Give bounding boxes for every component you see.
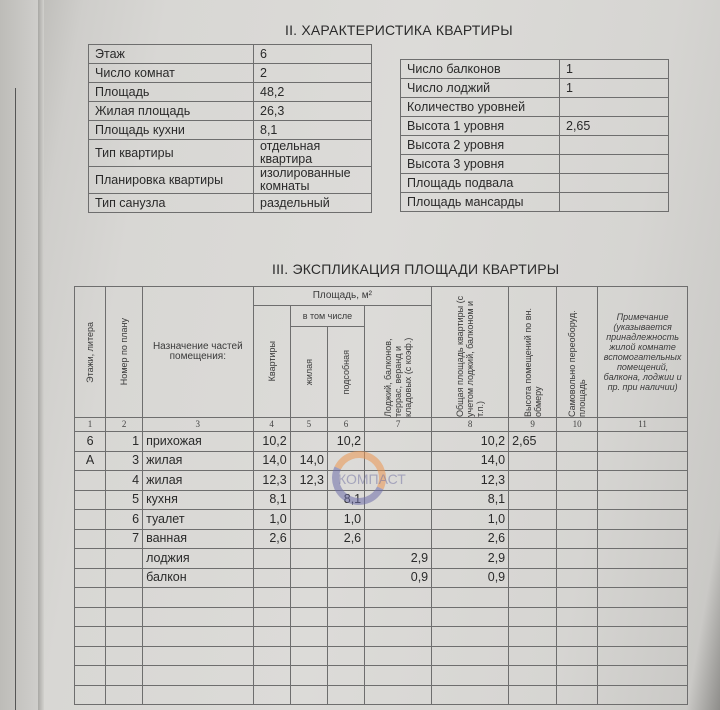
characteristic-row: Тип квартирыотдельная квартира: [89, 140, 372, 167]
cell-no: 5: [106, 490, 143, 510]
characteristic-row: Площадь кухни8,1: [89, 121, 372, 140]
cell-auxiliary: [327, 646, 364, 666]
table-row: 6туалет1,01,01,0: [75, 510, 688, 530]
row-value: 6: [254, 45, 372, 64]
cell-note: [598, 588, 688, 608]
cell-height: [509, 568, 557, 588]
header-auxiliary: подсобная: [327, 327, 364, 418]
cell-total: 2,9: [432, 549, 509, 569]
header-living: жилая: [290, 327, 327, 418]
cell-floor: 6: [75, 432, 106, 452]
header-loggias: Лоджий, балконов, террас, веранд и кладо…: [365, 306, 432, 418]
cell-name: ванная: [143, 529, 253, 549]
characteristic-row: Этаж6: [89, 45, 372, 64]
cell-no: [106, 588, 143, 608]
row-label: Этаж: [89, 45, 254, 64]
row-label: Жилая площадь: [89, 102, 254, 121]
cell-floor: [75, 510, 106, 530]
cell-floor: [75, 529, 106, 549]
cell-living: [290, 568, 327, 588]
level-row: Высота 3 уровня: [401, 155, 669, 174]
cell-living: 12,3: [290, 471, 327, 491]
cell-no: [106, 685, 143, 705]
area-explication-table: Этажи, литера Номер по плану Назначение …: [74, 286, 688, 705]
column-number: 3: [143, 418, 253, 432]
table-row: 5кухня8,18,18,1: [75, 490, 688, 510]
cell-floor: [75, 666, 106, 686]
cell-name: [143, 646, 253, 666]
row-value: 48,2: [254, 83, 372, 102]
cell-height: [509, 471, 557, 491]
cell-living: [290, 510, 327, 530]
table-row: А3жилая14,014,014,0: [75, 451, 688, 471]
cell-note: [598, 451, 688, 471]
cell-floor: [75, 646, 106, 666]
cell-apartment: 8,1: [253, 490, 290, 510]
cell-apartment: [253, 549, 290, 569]
cell-total: 1,0: [432, 510, 509, 530]
section3-title: III. ЭКСПЛИКАЦИЯ ПЛОЩАДИ КВАРТИРЫ: [272, 261, 559, 277]
level-row: Высота 1 уровня2,65: [401, 117, 669, 136]
header-including: в том числе: [290, 306, 364, 327]
cell-auxiliary: [327, 471, 364, 491]
cell-loggia: [365, 666, 432, 686]
cell-unauth: [557, 432, 598, 452]
cell-living: [290, 646, 327, 666]
cell-loggia: [365, 432, 432, 452]
cell-name: [143, 627, 253, 647]
cell-total: 14,0: [432, 451, 509, 471]
level-row: Площадь мансарды: [401, 193, 669, 212]
cell-name: туалет: [143, 510, 253, 530]
cell-apartment: [253, 627, 290, 647]
cell-height: [509, 549, 557, 569]
cell-apartment: [253, 607, 290, 627]
cell-unauth: [557, 490, 598, 510]
cell-living: [290, 432, 327, 452]
cell-unauth: [557, 529, 598, 549]
row-label: Число лоджий: [401, 79, 560, 98]
cell-living: [290, 549, 327, 569]
cell-living: 14,0: [290, 451, 327, 471]
row-value: [560, 155, 669, 174]
header-total: Общая площадь квартиры (с учетом лоджий,…: [432, 287, 509, 418]
cell-loggia: [365, 451, 432, 471]
table-row: [75, 646, 688, 666]
table-row: [75, 685, 688, 705]
cell-loggia: [365, 627, 432, 647]
cell-living: [290, 490, 327, 510]
cell-height: [509, 627, 557, 647]
cell-loggia: [365, 646, 432, 666]
cell-note: [598, 549, 688, 569]
column-number: 4: [253, 418, 290, 432]
cell-note: [598, 666, 688, 686]
column-number: 9: [509, 418, 557, 432]
cell-floor: [75, 607, 106, 627]
cell-apartment: [253, 646, 290, 666]
row-label: Высота 1 уровня: [401, 117, 560, 136]
cell-floor: [75, 627, 106, 647]
cell-loggia: [365, 510, 432, 530]
cell-loggia: [365, 529, 432, 549]
cell-name: жилая: [143, 451, 253, 471]
cell-living: [290, 666, 327, 686]
cell-total: 2,6: [432, 529, 509, 549]
column-number: 10: [557, 418, 598, 432]
cell-apartment: 2,6: [253, 529, 290, 549]
cell-auxiliary: [327, 666, 364, 686]
apartment-levels-table: Число балконов1Число лоджий1Количество у…: [400, 59, 669, 212]
row-value: изолированные комнаты: [254, 167, 372, 194]
cell-apartment: 10,2: [253, 432, 290, 452]
page-edge-line: [15, 88, 16, 710]
characteristic-row: Планировка квартирыизолированные комнаты: [89, 167, 372, 194]
cell-name: балкон: [143, 568, 253, 588]
cell-total: [432, 666, 509, 686]
cell-total: 0,9: [432, 568, 509, 588]
cell-floor: [75, 588, 106, 608]
cell-unauth: [557, 451, 598, 471]
row-label: Площадь подвала: [401, 174, 560, 193]
column-number: 2: [106, 418, 143, 432]
cell-apartment: 1,0: [253, 510, 290, 530]
cell-auxiliary: [327, 549, 364, 569]
cell-no: [106, 646, 143, 666]
column-number: 6: [327, 418, 364, 432]
row-label: Площадь кухни: [89, 121, 254, 140]
cell-loggia: 0,9: [365, 568, 432, 588]
table-row: [75, 666, 688, 686]
cell-total: 12,3: [432, 471, 509, 491]
header-floor: Этажи, литера: [75, 287, 106, 418]
cell-total: [432, 646, 509, 666]
header-purpose: Назначение частей помещения:: [143, 287, 253, 418]
table-row: [75, 627, 688, 647]
header-height: Высота помещений по вн. обмеру: [509, 287, 557, 418]
cell-note: [598, 432, 688, 452]
cell-name: [143, 685, 253, 705]
level-row: Число лоджий1: [401, 79, 669, 98]
cell-height: [509, 588, 557, 608]
cell-auxiliary: [327, 607, 364, 627]
row-value: раздельный: [254, 194, 372, 213]
cell-note: [598, 510, 688, 530]
row-value: 2,65: [560, 117, 669, 136]
cell-note: [598, 529, 688, 549]
level-row: Количество уровней: [401, 98, 669, 117]
cell-floor: [75, 568, 106, 588]
cell-height: [509, 451, 557, 471]
row-label: Площадь мансарды: [401, 193, 560, 212]
cell-note: [598, 685, 688, 705]
section2-title: II. ХАРАКТЕРИСТИКА КВАРТИРЫ: [285, 22, 513, 38]
cell-height: [509, 490, 557, 510]
cell-total: 8,1: [432, 490, 509, 510]
table-row: [75, 607, 688, 627]
row-value: 8,1: [254, 121, 372, 140]
cell-floor: [75, 685, 106, 705]
row-value: отдельная квартира: [254, 140, 372, 167]
cell-no: 4: [106, 471, 143, 491]
page-fold: [38, 0, 44, 710]
column-number: 11: [598, 418, 688, 432]
cell-height: [509, 529, 557, 549]
column-number-row: 1234567891011: [75, 418, 688, 432]
row-value: [560, 98, 669, 117]
cell-name: жилая: [143, 471, 253, 491]
cell-height: 2,65: [509, 432, 557, 452]
row-label: Тип санузла: [89, 194, 254, 213]
cell-total: [432, 588, 509, 608]
table-row: 61прихожая10,210,210,22,65: [75, 432, 688, 452]
cell-note: [598, 490, 688, 510]
characteristic-row: Тип санузлараздельный: [89, 194, 372, 213]
cell-name: лоджия: [143, 549, 253, 569]
cell-auxiliary: [327, 588, 364, 608]
row-value: 1: [560, 79, 669, 98]
cell-note: [598, 471, 688, 491]
row-label: Высота 3 уровня: [401, 155, 560, 174]
cell-note: [598, 627, 688, 647]
cell-no: 3: [106, 451, 143, 471]
level-row: Высота 2 уровня: [401, 136, 669, 155]
header-apartment: Квартиры: [253, 306, 290, 418]
cell-apartment: [253, 588, 290, 608]
column-number: 5: [290, 418, 327, 432]
cell-height: [509, 685, 557, 705]
cell-floor: [75, 549, 106, 569]
cell-height: [509, 607, 557, 627]
cell-no: 7: [106, 529, 143, 549]
cell-no: [106, 666, 143, 686]
header-unauthorized: Самовольно переоборуд. площадь: [557, 287, 598, 418]
cell-no: [106, 568, 143, 588]
row-value: 1: [560, 60, 669, 79]
row-label: Высота 2 уровня: [401, 136, 560, 155]
header-area-group: Площадь, м²: [253, 287, 432, 306]
cell-total: [432, 607, 509, 627]
row-label: Количество уровней: [401, 98, 560, 117]
cell-living: [290, 607, 327, 627]
cell-floor: [75, 490, 106, 510]
cell-name: [143, 607, 253, 627]
table-row: 4жилая12,312,312,3: [75, 471, 688, 491]
row-label: Число балконов: [401, 60, 560, 79]
cell-auxiliary: [327, 685, 364, 705]
cell-total: [432, 627, 509, 647]
row-value: [560, 136, 669, 155]
cell-note: [598, 568, 688, 588]
characteristic-row: Число комнат2: [89, 64, 372, 83]
cell-living: [290, 685, 327, 705]
level-row: Площадь подвала: [401, 174, 669, 193]
cell-auxiliary: [327, 627, 364, 647]
cell-auxiliary: 8,1: [327, 490, 364, 510]
cell-unauth: [557, 471, 598, 491]
cell-total: [432, 685, 509, 705]
cell-unauth: [557, 510, 598, 530]
cell-name: [143, 666, 253, 686]
cell-height: [509, 510, 557, 530]
row-value: [560, 193, 669, 212]
row-label: Число комнат: [89, 64, 254, 83]
cell-living: [290, 627, 327, 647]
cell-name: прихожая: [143, 432, 253, 452]
cell-loggia: [365, 471, 432, 491]
column-number: 7: [365, 418, 432, 432]
cell-auxiliary: 2,6: [327, 529, 364, 549]
column-number: 8: [432, 418, 509, 432]
cell-no: [106, 549, 143, 569]
row-label: Площадь: [89, 83, 254, 102]
cell-no: 1: [106, 432, 143, 452]
cell-height: [509, 646, 557, 666]
cell-loggia: [365, 607, 432, 627]
cell-apartment: [253, 685, 290, 705]
header-note: Примечание (указывается принадлежность ж…: [598, 287, 688, 418]
column-number: 1: [75, 418, 106, 432]
level-row: Число балконов1: [401, 60, 669, 79]
cell-auxiliary: [327, 568, 364, 588]
cell-loggia: [365, 490, 432, 510]
cell-living: [290, 588, 327, 608]
cell-living: [290, 529, 327, 549]
cell-unauth: [557, 666, 598, 686]
cell-unauth: [557, 568, 598, 588]
cell-height: [509, 666, 557, 686]
cell-total: 10,2: [432, 432, 509, 452]
cell-no: [106, 607, 143, 627]
apartment-characteristics-table: Этаж6Число комнат2Площадь48,2Жилая площа…: [88, 44, 372, 213]
adjacent-page: [0, 0, 38, 710]
table-row: 7ванная2,62,62,6: [75, 529, 688, 549]
cell-note: [598, 607, 688, 627]
cell-apartment: 14,0: [253, 451, 290, 471]
header-plan-no: Номер по плану: [106, 287, 143, 418]
cell-loggia: 2,9: [365, 549, 432, 569]
cell-note: [598, 646, 688, 666]
row-label: Тип квартиры: [89, 140, 254, 167]
cell-apartment: [253, 666, 290, 686]
table-row: балкон0,90,9: [75, 568, 688, 588]
row-label: Планировка квартиры: [89, 167, 254, 194]
cell-loggia: [365, 685, 432, 705]
cell-name: [143, 588, 253, 608]
cell-apartment: 12,3: [253, 471, 290, 491]
cell-unauth: [557, 685, 598, 705]
characteristic-row: Жилая площадь26,3: [89, 102, 372, 121]
cell-auxiliary: [327, 451, 364, 471]
row-value: 2: [254, 64, 372, 83]
cell-floor: [75, 471, 106, 491]
cell-unauth: [557, 607, 598, 627]
cell-auxiliary: 1,0: [327, 510, 364, 530]
table-row: лоджия2,92,9: [75, 549, 688, 569]
cell-unauth: [557, 646, 598, 666]
cell-unauth: [557, 588, 598, 608]
cell-name: кухня: [143, 490, 253, 510]
cell-unauth: [557, 549, 598, 569]
table-row: [75, 588, 688, 608]
cell-unauth: [557, 627, 598, 647]
cell-floor: А: [75, 451, 106, 471]
cell-no: 6: [106, 510, 143, 530]
cell-loggia: [365, 588, 432, 608]
row-value: [560, 174, 669, 193]
row-value: 26,3: [254, 102, 372, 121]
cell-apartment: [253, 568, 290, 588]
characteristic-row: Площадь48,2: [89, 83, 372, 102]
cell-no: [106, 627, 143, 647]
cell-auxiliary: 10,2: [327, 432, 364, 452]
